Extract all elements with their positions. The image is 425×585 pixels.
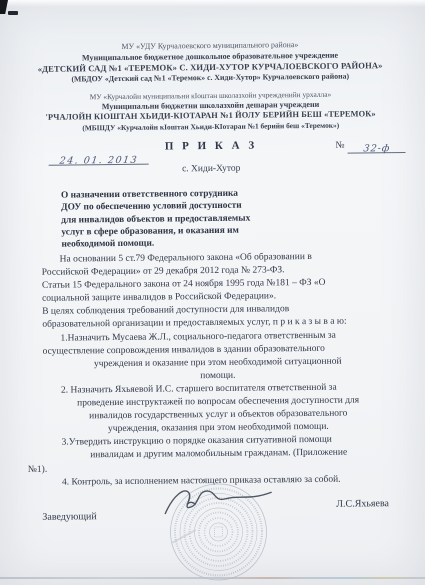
date-field: 24. 01. 2013 bbox=[49, 150, 149, 166]
scan-bottom-edge bbox=[0, 577, 425, 579]
document-content: МУ «УДУ Курчалоевского муниципального ра… bbox=[0, 0, 425, 585]
signer-name: Л.С.Яхьяева bbox=[336, 498, 389, 510]
order-body: На основании 5 ст.79 Федерального закона… bbox=[42, 250, 394, 489]
signer-position: Заведующий bbox=[42, 511, 97, 523]
order-subject: О назначении ответственного сотрудникаДО… bbox=[61, 187, 302, 251]
org-header-chechen: МУ «Курчалойн муниципальни кIоштан школа… bbox=[0, 89, 423, 134]
handwritten-signature bbox=[159, 481, 277, 522]
number-label: № bbox=[335, 141, 344, 151]
number-field: 32-ф bbox=[347, 138, 405, 154]
subject-line: необходимой помощи. bbox=[61, 236, 301, 251]
number-handwritten: 32-ф bbox=[362, 143, 390, 154]
scanned-page: МУ «УДУ Курчалоевского муниципального ра… bbox=[0, 0, 425, 585]
org-header-russian: МУ «УДУ Курчалоевского муниципального ра… bbox=[0, 39, 423, 86]
